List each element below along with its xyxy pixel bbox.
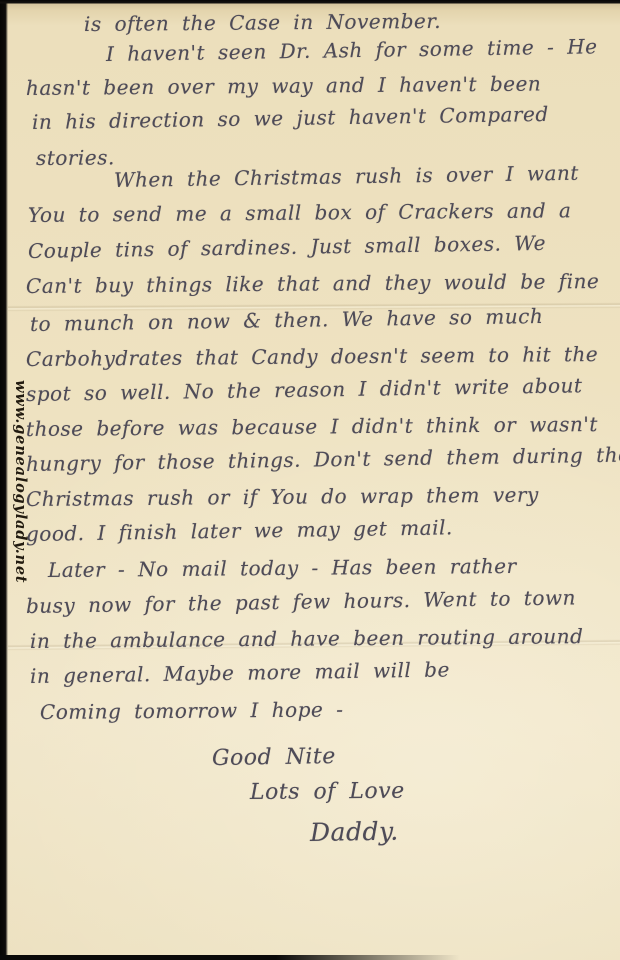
letter-line: Can't buy things like that and they woul… [26,269,599,298]
letter-line: busy now for the past few hours. Went to… [26,585,576,618]
letter-line: When the Christmas rush is over I want [114,161,579,192]
letter-line: is often the Case in November. [84,9,441,36]
letter-line: Coming tomorrow I hope - [40,697,344,724]
letter-line: in his direction so we just haven't Comp… [32,102,549,134]
closing-good-nite: Good Nite [212,744,336,771]
letter-line: Couple tins of sardines. Just small boxe… [28,231,546,263]
letter-line: You to send me a small box of Crackers a… [28,198,572,227]
letter-scan: www.genealogylady.net is often the Case … [0,0,620,960]
closing-valediction: Lots of Love [250,779,405,805]
letter-body: is often the Case in November.I haven't … [0,0,620,960]
letter-line: I haven't seen Dr. Ash for some time - H… [106,34,598,66]
signature: Daddy. [310,817,399,847]
letter-line: in general. Maybe more mail will be [30,657,450,688]
letter-line: hasn't been over my way and I haven't be… [26,72,541,100]
letter-line: Christmas rush or if You do wrap them ve… [26,483,539,511]
letter-line: stories. [36,145,115,170]
letter-line: good. I finish later we may get mail. [26,515,453,546]
scan-edge-left [0,0,8,960]
letter-line: spot so well. No the reason I didn't wri… [26,373,583,406]
letter-line: those before was because I didn't think … [26,412,598,441]
letter-line: hungry for those things. Don't send them… [26,443,620,476]
letter-line: Carbohydrates that Candy doesn't seem to… [26,342,598,371]
letter-line: to munch on now & then. We have so much [30,304,544,336]
scan-edge-top [0,0,620,4]
letter-line: in the ambulance and have been routing a… [30,624,584,653]
letter-line: Later - No mail today - Has been rather [48,554,517,582]
scan-edge-bottom [0,955,460,960]
